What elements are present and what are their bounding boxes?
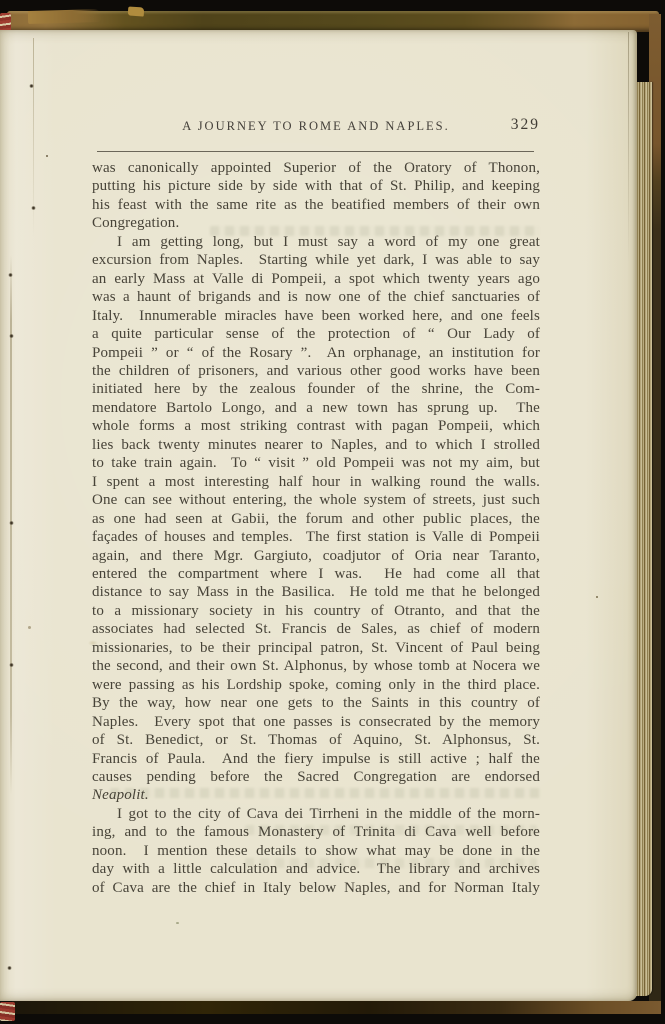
book-cover-bottom-edge bbox=[12, 1001, 661, 1014]
text-line: mendatore Bartolo Longo, and a new town … bbox=[92, 399, 540, 417]
page-edge-line bbox=[628, 32, 629, 262]
text-line: Pompeii ” or “ of the Rosary ”. An orpha… bbox=[92, 344, 540, 362]
cover-tear-detail bbox=[28, 9, 102, 24]
page-number: 329 bbox=[511, 116, 540, 134]
text-line: By the way, how near one gets to the Sai… bbox=[92, 694, 540, 712]
paper-speck bbox=[596, 596, 598, 598]
text-line: ing, and to the famous Monastery of Trin… bbox=[92, 823, 540, 841]
body-text: was canonically appointed Superior of th… bbox=[92, 159, 540, 897]
text-line: causes pending before the Sacred Congreg… bbox=[92, 768, 540, 786]
cover-tear-detail bbox=[128, 6, 145, 16]
binding-stitch bbox=[29, 84, 34, 88]
text-line: was canonically appointed Superior of th… bbox=[92, 159, 540, 177]
text-line: I got to the city of Cava dei Tirrheni i… bbox=[92, 805, 540, 823]
paragraph: I got to the city of Cava dei Tirrheni i… bbox=[92, 805, 540, 897]
binding-stitch bbox=[7, 966, 12, 970]
text-line: of Cava are the chief in Italy below Nap… bbox=[92, 879, 540, 897]
text-line: a quite particular sense of the protecti… bbox=[92, 325, 540, 343]
binding-stitch bbox=[8, 273, 13, 277]
text-line: as one had seen at Gabii, the forum and … bbox=[92, 510, 540, 528]
running-header: A JOURNEY TO ROME AND NAPLES. 329 bbox=[92, 118, 540, 136]
text-line: noon. I mention these details to show wh… bbox=[92, 842, 540, 860]
text-line: lies back twenty minutes nearer to Naple… bbox=[92, 436, 540, 454]
text-line: to a missionary society in his country o… bbox=[92, 602, 540, 620]
text-line: Francis of Paula. And the fiery impulse … bbox=[92, 750, 540, 768]
paper-speck bbox=[46, 155, 48, 157]
page-edges bbox=[636, 82, 652, 996]
text-line: associates had selected St. Francis de S… bbox=[92, 620, 540, 638]
text-line: of St. Benedict, or St. Thomas of Aquino… bbox=[92, 731, 540, 749]
text-line: an early Mass at Valle di Pompeii, a spo… bbox=[92, 270, 540, 288]
running-title: A JOURNEY TO ROME AND NAPLES. bbox=[92, 119, 540, 134]
text-line: his feast with the same rite as the beat… bbox=[92, 196, 540, 214]
text-line: to take train again. To “ visit ” old Po… bbox=[92, 454, 540, 472]
text-line: were passing as his Lordship spoke, comi… bbox=[92, 676, 540, 694]
book-cover-top-edge bbox=[7, 11, 659, 32]
text-line: Italy. Innumerable miracles have been wo… bbox=[92, 307, 540, 325]
binding-stitch bbox=[9, 334, 14, 338]
paper-speck bbox=[176, 922, 179, 924]
text-line: entered the compartment where I was. He … bbox=[92, 565, 540, 583]
text-line: missionaries, to be their principal patr… bbox=[92, 639, 540, 657]
text-line: Naples. Every spot that one passes is co… bbox=[92, 713, 540, 731]
text-line: excursion from Naples. Starting while ye… bbox=[92, 251, 540, 269]
text-line: Congregation. bbox=[92, 214, 540, 232]
text-line: the second, and their own St. Alphonus, … bbox=[92, 657, 540, 675]
text-line: putting his picture side by side with th… bbox=[92, 177, 540, 195]
text-line: distance to say Mass in the Basilica. He… bbox=[92, 583, 540, 601]
text-line: was a haunt of brigands and is now one o… bbox=[92, 288, 540, 306]
text-line: I spent a most interesting half hour in … bbox=[92, 473, 540, 491]
text-line: One can see without entering, the whole … bbox=[92, 491, 540, 509]
text-line: whole forms a most striking contrast wit… bbox=[92, 417, 540, 435]
text-line: the children of prisoners, and various o… bbox=[92, 362, 540, 380]
paper-speck bbox=[28, 626, 31, 629]
header-rule bbox=[97, 151, 534, 152]
text-line: façades of houses and temples. The first… bbox=[92, 528, 540, 546]
text-line: again, and there Mgr. Gargiuto, coadjuto… bbox=[92, 547, 540, 565]
text-line: Neapolit. bbox=[92, 786, 540, 804]
paragraph: I am getting long, but I must say a word… bbox=[92, 233, 540, 805]
binding-stitch bbox=[9, 663, 14, 667]
binding-stitch bbox=[9, 521, 14, 525]
book-page: A JOURNEY TO ROME AND NAPLES. 329 was ca… bbox=[0, 30, 637, 1001]
text-line: initiated here by the zealous founder of… bbox=[92, 380, 540, 398]
text-line: I am getting long, but I must say a word… bbox=[92, 233, 540, 251]
binding-stitch bbox=[31, 206, 36, 210]
tailband bbox=[0, 1002, 15, 1021]
text-line: day with a little calculation and advice… bbox=[92, 860, 540, 878]
paragraph: was canonically appointed Superior of th… bbox=[92, 159, 540, 233]
